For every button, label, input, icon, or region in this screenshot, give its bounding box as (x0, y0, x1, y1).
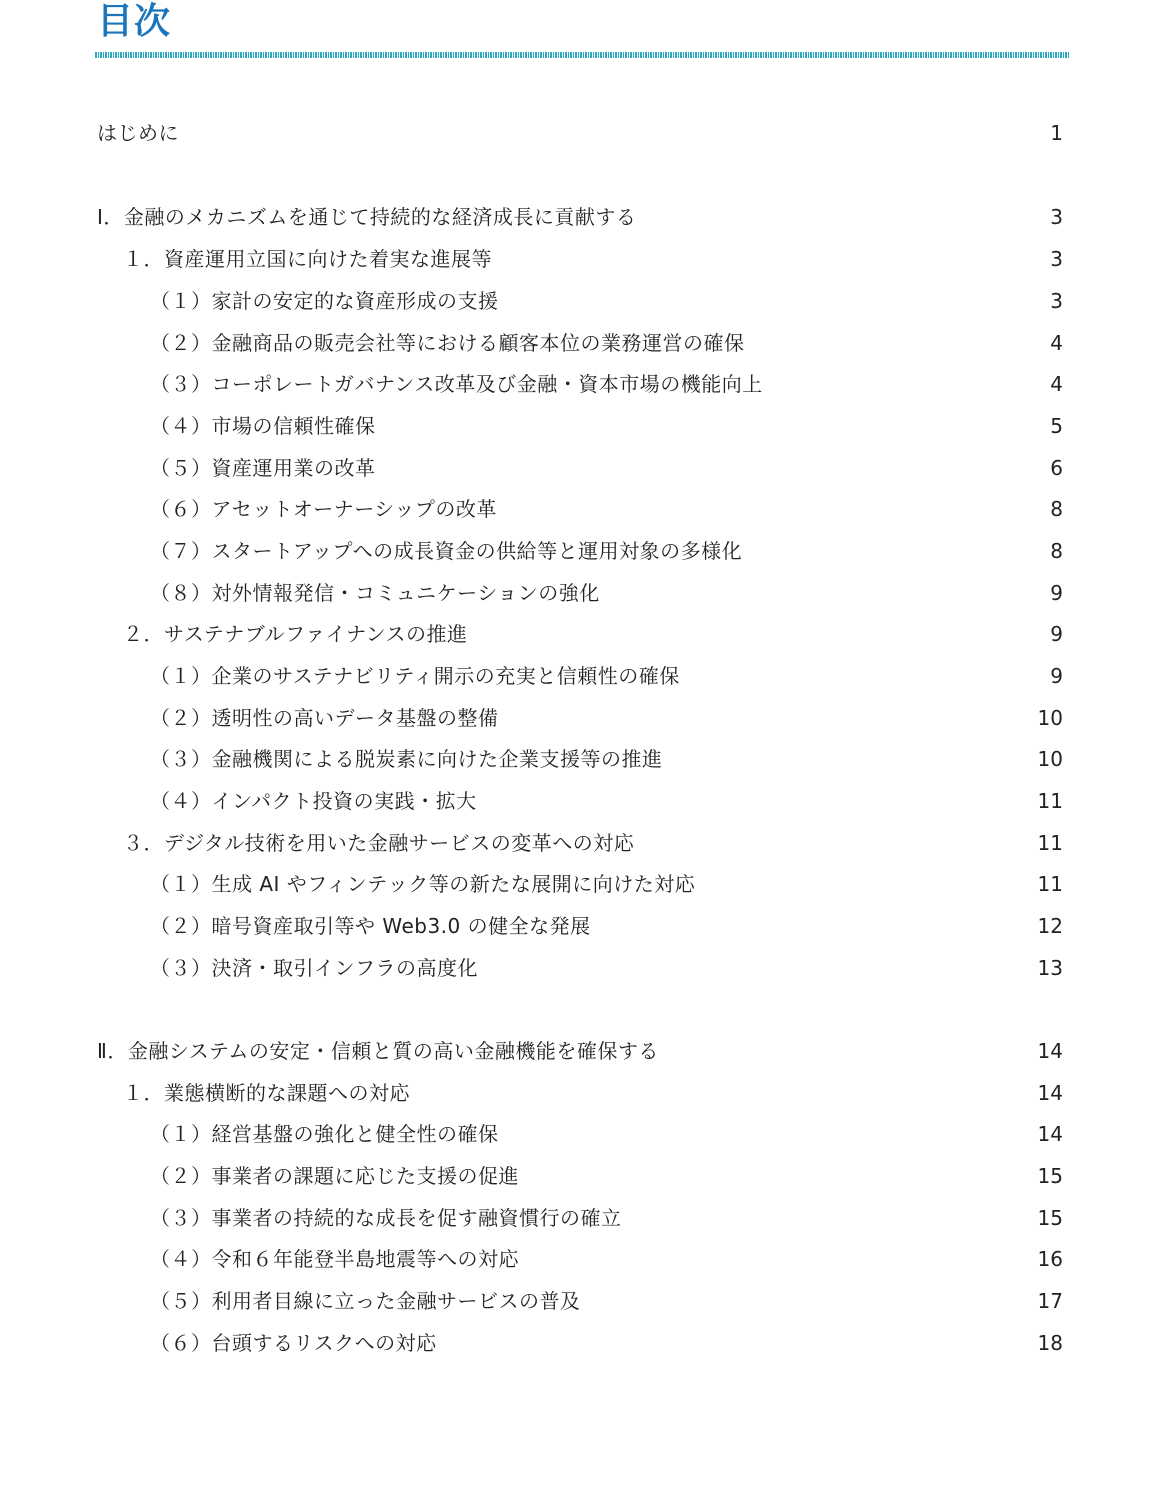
toc-entry-label[interactable]: Ⅰ．金融のメカニズムを通じて持続的な経済成長に貢献する (97, 202, 636, 232)
title-dotted-rule (95, 52, 1070, 58)
toc-entry-label[interactable]: （１）家計の安定的な資産形成の支援 (150, 286, 499, 316)
toc-entry[interactable]: （１）企業のサステナビリティ開示の充実と信頼性の確保9 (0, 661, 1170, 691)
toc-entry[interactable]: Ⅱ．金融システムの安定・信頼と質の高い金融機能を確保する14 (0, 1036, 1170, 1066)
page-title: 目次 (97, 0, 171, 44)
toc-entry-page-number: 8 (1050, 536, 1063, 566)
toc-entry-page-number: 10 (1038, 744, 1063, 774)
toc-entry-label[interactable]: ３．デジタル技術を用いた金融サービスの変革への対応 (123, 828, 634, 858)
toc-entry-label[interactable]: （２）暗号資産取引等や Web3.0 の健全な発展 (150, 911, 591, 941)
toc-entry[interactable]: （２）事業者の課題に応じた支援の促進15 (0, 1161, 1170, 1191)
toc-entry-label[interactable]: Ⅱ．金融システムの安定・信頼と質の高い金融機能を確保する (97, 1036, 659, 1066)
toc-entry-label[interactable]: （４）市場の信頼性確保 (150, 411, 376, 441)
toc-entry-label[interactable]: （３）決済・取引インフラの高度化 (150, 953, 478, 983)
toc-entry-label[interactable]: ２．サステナブルファイナンスの推進 (123, 619, 468, 649)
toc-entry-page-number: 9 (1050, 578, 1063, 608)
toc-entry[interactable]: （８）対外情報発信・コミュニケーションの強化9 (0, 578, 1170, 608)
toc-entry[interactable]: （３）事業者の持続的な成長を促す融資慣行の確立15 (0, 1203, 1170, 1233)
toc-entry[interactable]: （１）経営基盤の強化と健全性の確保14 (0, 1119, 1170, 1149)
toc-entry[interactable]: （４）インパクト投資の実践・拡大11 (0, 786, 1170, 816)
toc-entry-label[interactable]: （３）コーポレートガバナンス改革及び金融・資本市場の機能向上 (150, 369, 763, 399)
toc-entry-page-number: 17 (1038, 1286, 1063, 1316)
toc-entry-label[interactable]: はじめに (97, 118, 179, 148)
toc-entry-page-number: 11 (1038, 786, 1063, 816)
toc-entry-label[interactable]: （２）金融商品の販売会社等における顧客本位の業務運営の確保 (150, 328, 745, 358)
toc-entry-label[interactable]: （６）台頭するリスクへの対応 (150, 1328, 437, 1358)
toc-entry-page-number: 15 (1038, 1161, 1063, 1191)
toc-entry-label[interactable]: （１）経営基盤の強化と健全性の確保 (150, 1119, 499, 1149)
toc-entry[interactable]: １．資産運用立国に向けた着実な進展等3 (0, 244, 1170, 274)
toc-entry-page-number: 4 (1050, 369, 1063, 399)
toc-entry[interactable]: （３）金融機関による脱炭素に向けた企業支援等の推進10 (0, 744, 1170, 774)
toc-entry[interactable]: （３）決済・取引インフラの高度化13 (0, 953, 1170, 983)
toc-entry-page-number: 11 (1038, 869, 1063, 899)
toc-entry-page-number: 12 (1038, 911, 1063, 941)
toc-entry-label[interactable]: （１）企業のサステナビリティ開示の充実と信頼性の確保 (150, 661, 680, 691)
toc-entry-page-number: 14 (1038, 1119, 1063, 1149)
toc-entry[interactable]: （３）コーポレートガバナンス改革及び金融・資本市場の機能向上4 (0, 369, 1170, 399)
toc-entry-page-number: 6 (1050, 453, 1063, 483)
toc-entry[interactable]: （４）市場の信頼性確保5 (0, 411, 1170, 441)
toc-entry-page-number: 3 (1050, 244, 1063, 274)
toc-entry[interactable]: （５）資産運用業の改革6 (0, 453, 1170, 483)
toc-entry-page-number: 16 (1038, 1244, 1063, 1274)
toc-entry[interactable]: （１）生成 AI やフィンテック等の新たな展開に向けた対応11 (0, 869, 1170, 899)
toc-entry-page-number: 9 (1050, 661, 1063, 691)
toc-entry-page-number: 4 (1050, 328, 1063, 358)
toc-entry-page-number: 13 (1038, 953, 1063, 983)
toc-entry[interactable]: ３．デジタル技術を用いた金融サービスの変革への対応11 (0, 828, 1170, 858)
toc-entry-page-number: 18 (1038, 1328, 1063, 1358)
toc-entry-label[interactable]: （６）アセットオーナーシップの改革 (150, 494, 497, 524)
toc-entry-label[interactable]: （２）事業者の課題に応じた支援の促進 (150, 1161, 519, 1191)
toc-entry-page-number: 10 (1038, 703, 1063, 733)
toc-entry-label[interactable]: （４）令和６年能登半島地震等への対応 (150, 1244, 519, 1274)
toc-entry[interactable]: （１）家計の安定的な資産形成の支援3 (0, 286, 1170, 316)
toc-entry[interactable]: （２）金融商品の販売会社等における顧客本位の業務運営の確保4 (0, 328, 1170, 358)
toc-entry-page-number: 1 (1050, 118, 1063, 148)
toc-entry[interactable]: （６）台頭するリスクへの対応18 (0, 1328, 1170, 1358)
toc-entry[interactable]: （７）スタートアップへの成長資金の供給等と運用対象の多様化8 (0, 536, 1170, 566)
toc-entry-page-number: 14 (1038, 1036, 1063, 1066)
toc-entry-label[interactable]: （３）事業者の持続的な成長を促す融資慣行の確立 (150, 1203, 622, 1233)
toc-entry[interactable]: ２．サステナブルファイナンスの推進9 (0, 619, 1170, 649)
toc-entry[interactable]: （４）令和６年能登半島地震等への対応16 (0, 1244, 1170, 1274)
toc-entry[interactable]: １．業態横断的な課題への対応14 (0, 1078, 1170, 1108)
toc-entry[interactable]: （２）透明性の高いデータ基盤の整備10 (0, 703, 1170, 733)
toc-entry-page-number: 8 (1050, 494, 1063, 524)
toc-entry-page-number: 3 (1050, 202, 1063, 232)
toc-entry[interactable]: （２）暗号資産取引等や Web3.0 の健全な発展12 (0, 911, 1170, 941)
toc-entry-label[interactable]: （５）資産運用業の改革 (150, 453, 376, 483)
toc-entry-label[interactable]: （８）対外情報発信・コミュニケーションの強化 (150, 578, 600, 608)
toc-entry-page-number: 14 (1038, 1078, 1063, 1108)
toc-entry-label[interactable]: １．業態横断的な課題への対応 (123, 1078, 410, 1108)
toc-entry-page-number: 9 (1050, 619, 1063, 649)
toc-entry-label[interactable]: （２）透明性の高いデータ基盤の整備 (150, 703, 499, 733)
toc-entry-label[interactable]: （５）利用者目線に立った金融サービスの普及 (150, 1286, 581, 1316)
toc-entry-page-number: 15 (1038, 1203, 1063, 1233)
toc-entry[interactable]: はじめに1 (0, 118, 1170, 148)
toc-entry-label[interactable]: （４）インパクト投資の実践・拡大 (150, 786, 477, 816)
toc-entry-label[interactable]: １．資産運用立国に向けた着実な進展等 (123, 244, 492, 274)
toc-entry-page-number: 3 (1050, 286, 1063, 316)
toc-entry-label[interactable]: （１）生成 AI やフィンテック等の新たな展開に向けた対応 (150, 869, 695, 899)
toc-entry-page-number: 5 (1050, 411, 1063, 441)
toc-entry-label[interactable]: （７）スタートアップへの成長資金の供給等と運用対象の多様化 (150, 536, 742, 566)
toc-entry[interactable]: （５）利用者目線に立った金融サービスの普及17 (0, 1286, 1170, 1316)
toc-entry-page-number: 11 (1038, 828, 1063, 858)
toc-entry-label[interactable]: （３）金融機関による脱炭素に向けた企業支援等の推進 (150, 744, 663, 774)
toc-entry[interactable]: （６）アセットオーナーシップの改革8 (0, 494, 1170, 524)
toc-entry[interactable]: Ⅰ．金融のメカニズムを通じて持続的な経済成長に貢献する3 (0, 202, 1170, 232)
